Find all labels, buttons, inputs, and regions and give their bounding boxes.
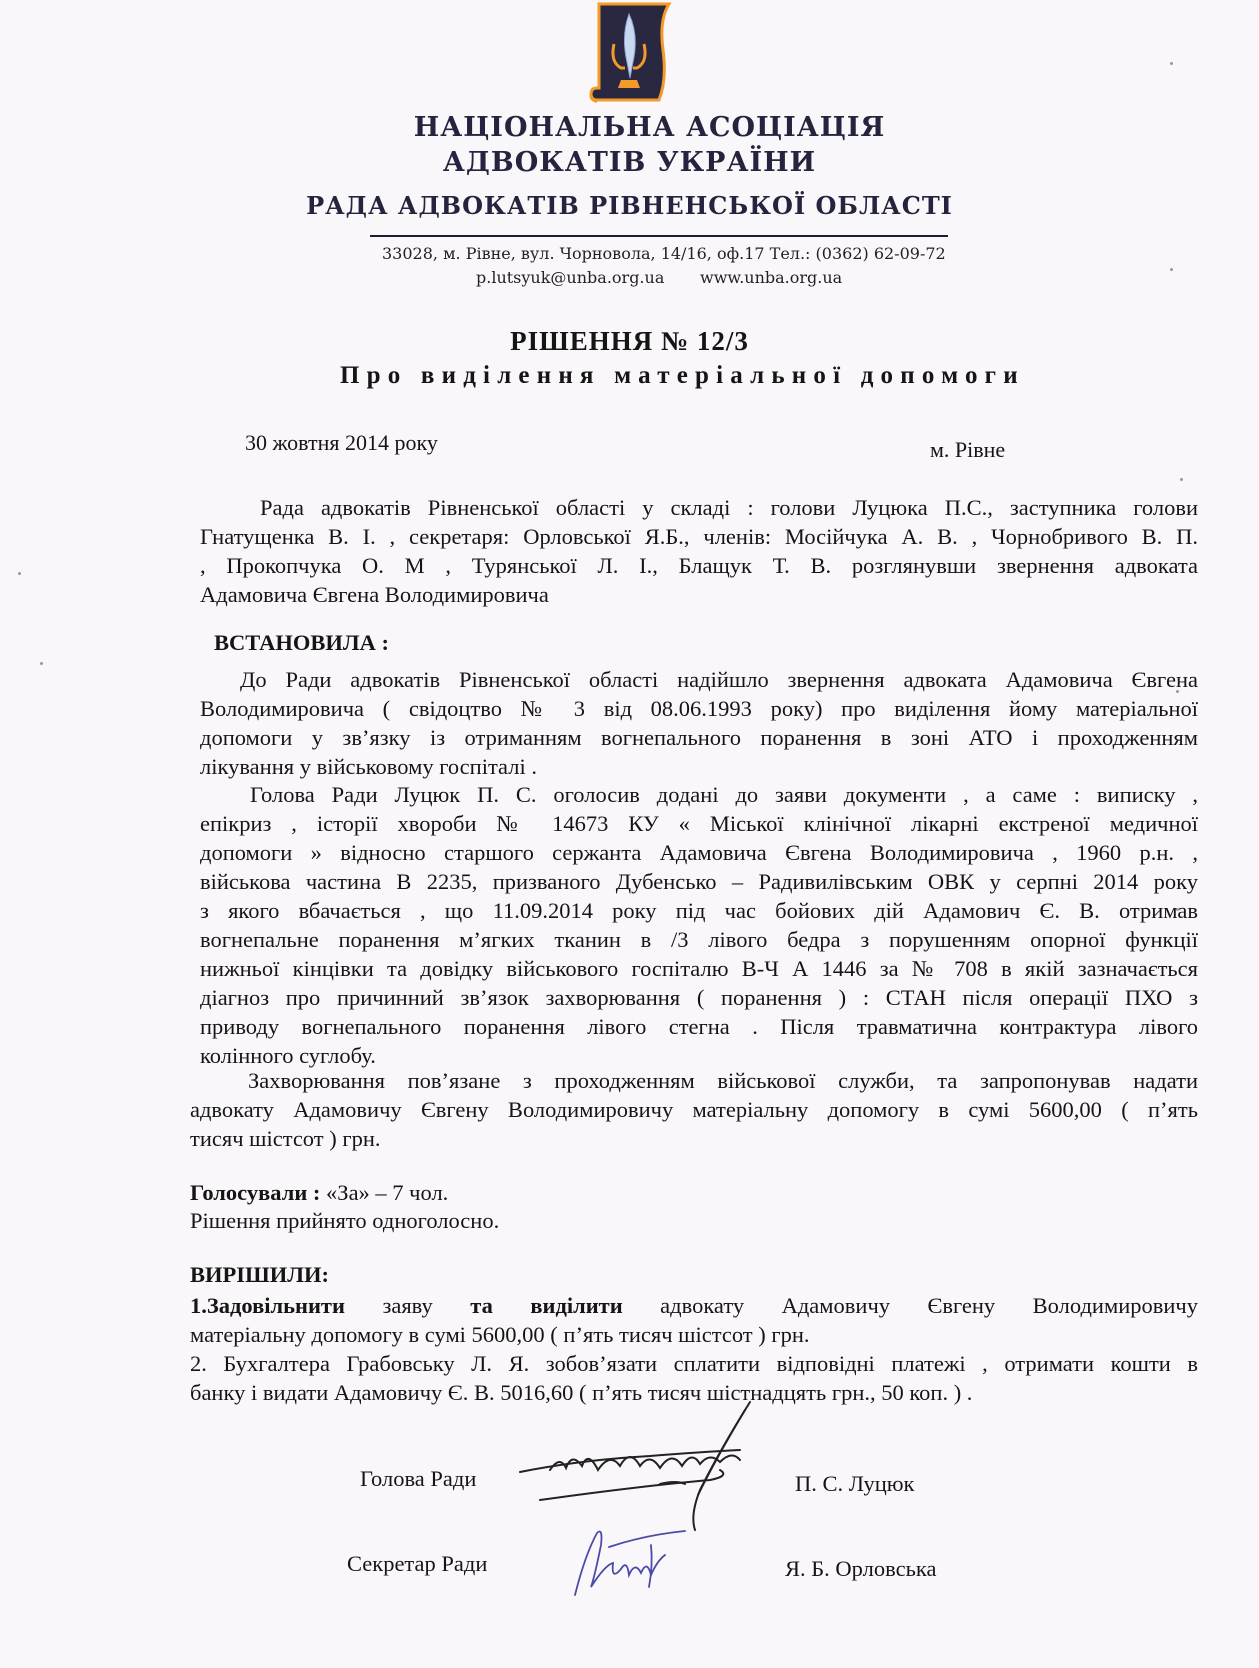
decision-item-1: 1.Задовільнити заяву та виділити адвокат…	[190, 1291, 1198, 1349]
document-subtitle: Про виділення матеріальної допомоги	[340, 362, 1025, 390]
quill-trident-scroll-icon	[577, 0, 677, 105]
adopted-note: Рішення прийнято одноголосно.	[190, 1208, 499, 1234]
document-city: м. Рівне	[930, 437, 1005, 463]
voting-label: Голосували :	[190, 1180, 320, 1205]
decided-heading: ВИРІШИЛИ:	[190, 1262, 329, 1288]
text-line: Захворювання пов’язане з проходженням ві…	[190, 1066, 1198, 1095]
text-line: До Ради адвокатів Рівненської області на…	[200, 665, 1198, 694]
decision-bold: та виділити	[470, 1293, 622, 1318]
text-line: Володимировича ( свідоцтво № 3 від 08.06…	[200, 694, 1198, 723]
text-line: допомоги » відносно старшого сержанта Ад…	[200, 838, 1198, 867]
text-line: з якого вбачається , що 11.09.2014 року …	[200, 896, 1198, 925]
established-paragraph: До Ради адвокатів Рівненської області на…	[200, 665, 1198, 781]
org-name-line2: АДВОКАТІВ УКРАЇНИ	[0, 147, 1259, 178]
established-heading: ВСТАНОВИЛА :	[214, 630, 389, 656]
decision-item-2: 2. Бухгалтера Грабовську Л. Я. зобов’яза…	[190, 1349, 1198, 1407]
text-line: військова частина В 2235, призваного Дуб…	[200, 867, 1198, 896]
documents-paragraph: Голова Ради Луцюк П. С. оголосив додані …	[200, 780, 1198, 1070]
scan-speck	[40, 662, 43, 665]
council-name: РАДА АДВОКАТІВ РІВНЕНСЬКОЇ ОБЛАСТІ	[0, 191, 1259, 220]
voting-result: Голосували : «За» – 7 чол.	[190, 1180, 448, 1206]
proposal-paragraph: Захворювання пов’язане з проходженням ві…	[190, 1066, 1198, 1153]
letterhead-divider	[370, 235, 948, 237]
decision-text: адвокату Адамовичу Євгену Володимировичу	[623, 1293, 1198, 1318]
text-line: допомоги у зв’язку із отриманням вогнепа…	[200, 723, 1198, 752]
secretary-signature-icon	[555, 1525, 715, 1600]
text-line: матеріальну допомогу в сумі 5600,00 ( п’…	[190, 1320, 1198, 1349]
voting-count: «За» – 7 чол.	[320, 1180, 448, 1205]
text-line: епікриз , історії хвороби № 14673 КУ « М…	[200, 809, 1198, 838]
text-line: адвокату Адамовичу Євгену Володимировичу…	[190, 1095, 1198, 1124]
text-line: діагноз про причинний зв’язок захворюван…	[200, 983, 1198, 1012]
org-name-line1: НАЦІОНАЛЬНА АСОЦІАЦІЯ	[20, 112, 1259, 143]
decision-bold: 1.Задовільнити	[190, 1293, 345, 1318]
text-line: Адамовича Євгена Володимировича	[200, 580, 1198, 609]
scan-speck	[1172, 1112, 1175, 1115]
document-date: 30 жовтня 2014 року	[245, 430, 438, 456]
decision-text: заяву	[345, 1293, 470, 1318]
text-line: лікування у військовому госпіталі .	[200, 752, 1198, 781]
chair-name: П. С. Луцюк	[795, 1471, 915, 1497]
chair-label: Голова Ради	[360, 1466, 476, 1492]
scan-speck	[1176, 690, 1179, 693]
scan-speck	[1176, 908, 1179, 911]
document-title: РІШЕННЯ № 12/3	[0, 326, 1259, 357]
website: www.unba.org.ua	[700, 268, 842, 287]
email: p.lutsyuk@unba.org.ua	[476, 268, 664, 287]
scan-speck	[1170, 268, 1173, 271]
text-line: нижньої кінцівки та довідку військового …	[200, 954, 1198, 983]
scan-speck	[18, 572, 21, 575]
secretary-name: Я. Б. Орловська	[785, 1556, 936, 1582]
text-line: Рада адвокатів Рівненської області у скл…	[200, 493, 1198, 522]
text-line: вогнепальне поранення м’ягких тканин в /…	[200, 925, 1198, 954]
text-line: , Прокопчука О. М , Турянської Л. І., Бл…	[200, 551, 1198, 580]
text-line: Голова Ради Луцюк П. С. оголосив додані …	[200, 780, 1198, 809]
text-line: приводу вогнепального поранення лівого с…	[200, 1012, 1198, 1041]
text-line: 2. Бухгалтера Грабовську Л. Я. зобов’яза…	[190, 1349, 1198, 1378]
text-line: тисяч шістсот ) грн.	[190, 1124, 1198, 1153]
chair-signature-icon	[500, 1400, 820, 1540]
address: 33028, м. Рівне, вул. Чорновола, 14/16, …	[382, 244, 946, 263]
text-line: 1.Задовільнити заяву та виділити адвокат…	[190, 1291, 1198, 1320]
secretary-label: Секретар Ради	[347, 1551, 487, 1577]
scan-speck	[1170, 62, 1173, 65]
intro-paragraph: Рада адвокатів Рівненської області у скл…	[200, 493, 1198, 609]
text-line: Гнатущенка В. І. , секретаря: Орловської…	[200, 522, 1198, 551]
scan-speck	[1180, 478, 1183, 481]
